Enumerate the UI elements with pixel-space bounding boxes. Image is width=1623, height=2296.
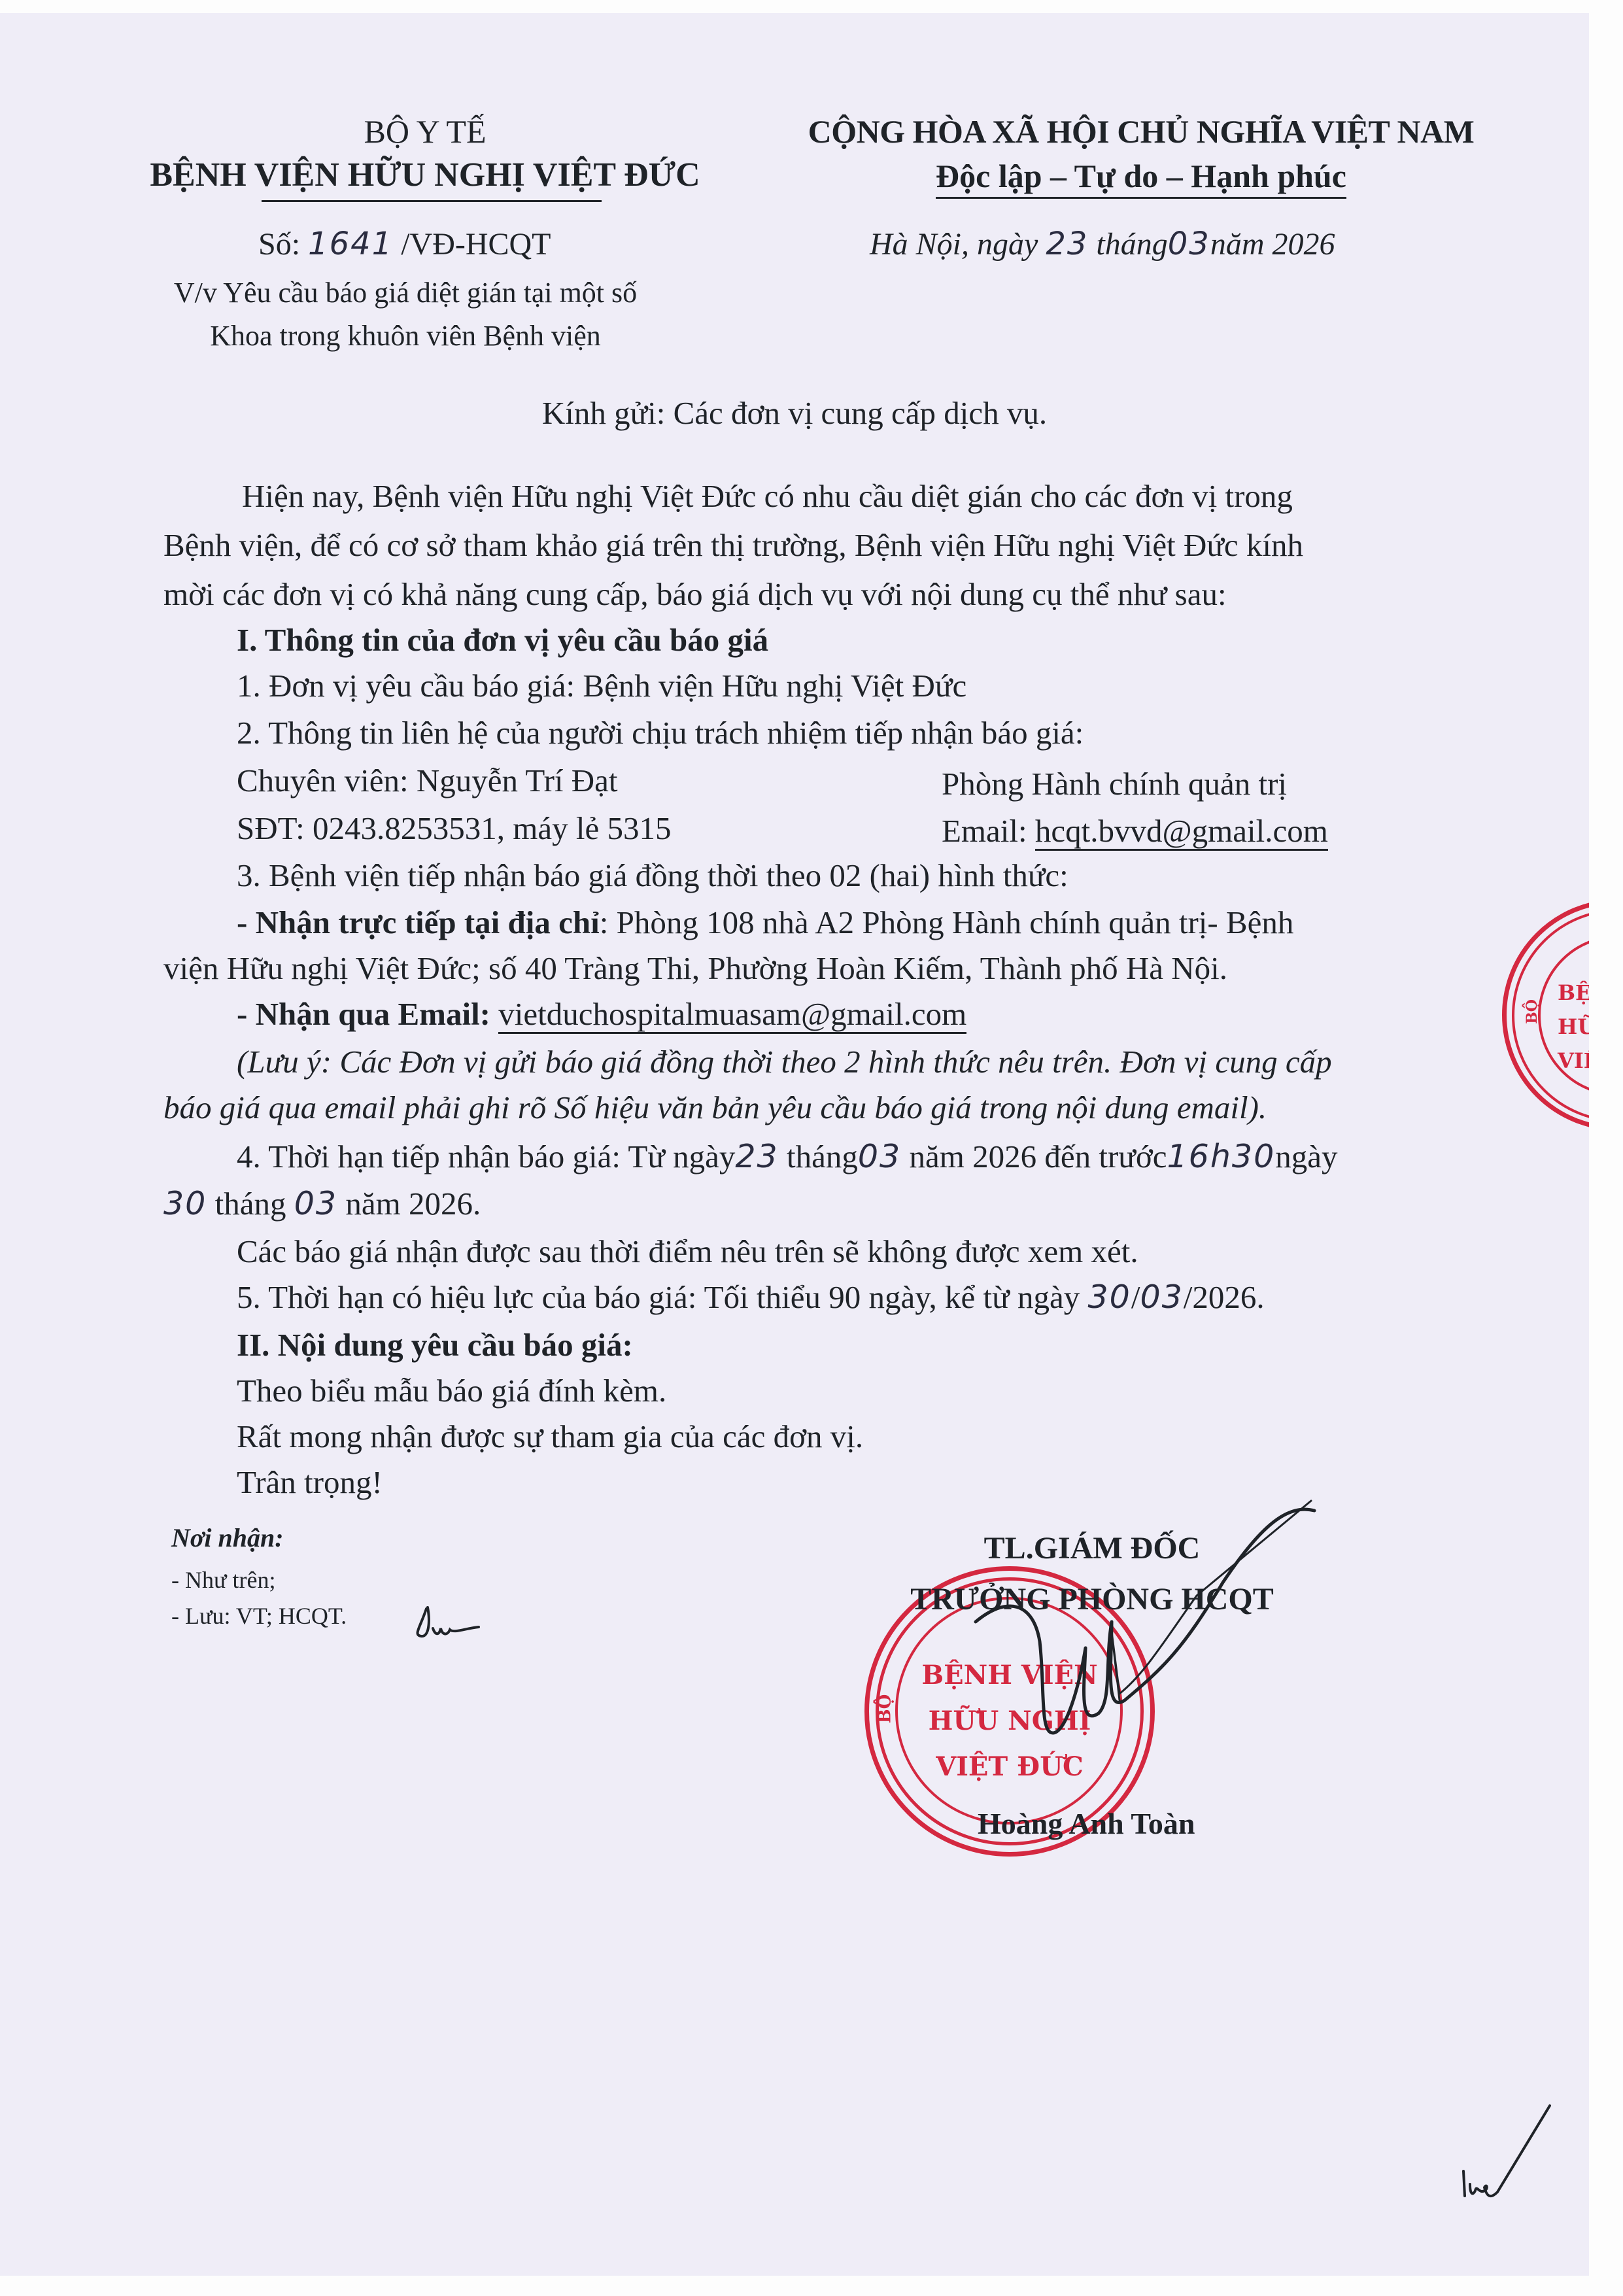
contact-name: Chuyên viên: Nguyễn Trí Đạt: [237, 762, 618, 799]
contact-phone: SĐT: 0243.8253531, máy lẻ 5315: [237, 810, 671, 847]
document-number: Số: 1641 /VĐ-HCQT: [258, 226, 551, 262]
email-submission: - Nhận qua Email: vietduchospitalmuasam@…: [237, 995, 966, 1033]
partial-stamp-line-1: BỆN: [1558, 976, 1589, 1010]
section-2-line-1: Theo biểu mẫu báo giá đính kèm.: [237, 1372, 666, 1409]
note-line-2: báo giá qua email phải ghi rõ Số hiệu vă…: [163, 1089, 1267, 1126]
subject-line-1: V/v Yêu cầu báo giá diệt gián tại một số: [111, 271, 700, 315]
place-date-prefix: Hà Nội, ngày: [870, 227, 1038, 262]
place-date: Hà Nội, ngày 23 tháng03năm 2026: [870, 226, 1335, 262]
item5-text: 5. Thời hạn có hiệu lực của báo giá: Tối…: [237, 1279, 1080, 1315]
section-1-item-4-cont: 30 tháng 03 năm 2026.: [163, 1185, 481, 1222]
direct-submission: - Nhận trực tiếp tại địa chỉ: Phòng 108 …: [237, 904, 1293, 941]
recipient-item: - Lưu: VT; HCQT.: [171, 1602, 347, 1630]
recipients-label: Nơi nhận:: [171, 1522, 284, 1553]
item4-text-c: năm 2026 đến trước: [909, 1139, 1167, 1174]
partial-stamp-line-3: VIỆ: [1558, 1044, 1589, 1078]
section-1-item-4: 4. Thời hạn tiếp nhận báo giá: Từ ngày23…: [237, 1138, 1338, 1175]
closing: Trân trọng!: [237, 1464, 383, 1501]
section-2-heading: II. Nội dung yêu cầu báo giá:: [237, 1326, 633, 1363]
partial-stamp: BỆN HỮ VIỆ BỘ: [1494, 899, 1589, 1128]
item4-text-b: tháng: [787, 1139, 858, 1174]
item5-day: 30: [1087, 1278, 1131, 1316]
item5-sep: /: [1131, 1279, 1140, 1315]
email-submission-label: - Nhận qua Email:: [237, 996, 490, 1032]
late-notice: Các báo giá nhận được sau thời điểm nêu …: [237, 1233, 1138, 1270]
motto-text: Độc lập – Tự do – Hạnh phúc: [936, 158, 1346, 199]
stamp-side-text: BỘ: [875, 1694, 895, 1724]
date-year: năm 2026: [1210, 227, 1335, 262]
ministry-name: BỘ Y TẾ: [98, 112, 752, 150]
item5-month: 03: [1140, 1278, 1183, 1316]
direct-submission-label: - Nhận trực tiếp tại địa chỉ: [237, 904, 600, 940]
number-prefix: Số:: [258, 227, 300, 262]
item4-to-month: 03: [294, 1185, 337, 1222]
item4-to-day: 30: [163, 1185, 207, 1222]
item4-text-e: tháng: [215, 1186, 286, 1222]
direct-submission-address: viện Hữu nghị Việt Đức; số 40 Tràng Thi,…: [163, 950, 1227, 987]
item4-time: 16h30: [1167, 1138, 1275, 1175]
contact-department: Phòng Hành chính quản trị: [942, 765, 1287, 802]
page-initial-signature-icon: [1458, 2099, 1556, 2204]
number-suffix: /VĐ-HCQT: [401, 227, 551, 262]
subject: V/v Yêu cầu báo giá diệt gián tại một số…: [111, 271, 700, 358]
hospital-underline: [262, 200, 602, 202]
contact-email-label: Email:: [942, 813, 1027, 849]
direct-submission-text: : Phòng 108 nhà A2 Phòng Hành chính quản…: [600, 904, 1294, 940]
section-1-heading: I. Thông tin của đơn vị yêu cầu báo giá: [237, 621, 768, 659]
subject-line-2: Khoa trong khuôn viên Bệnh viện: [111, 315, 700, 358]
date-month: 03: [1168, 226, 1210, 262]
section-1-item-5: 5. Thời hạn có hiệu lực của báo giá: Tối…: [237, 1278, 1265, 1316]
hospital-name: BỆNH VIỆN HỮU NGHỊ VIỆT ĐỨC: [98, 156, 752, 194]
addressee: Kính gửi: Các đơn vị cung cấp dịch vụ.: [0, 394, 1589, 432]
hospital-name-text: BỆNH VIỆN HỮU NGHỊ VIỆT ĐỨC: [150, 156, 700, 194]
item4-text-a: 4. Thời hạn tiếp nhận báo giá: Từ ngày: [237, 1139, 735, 1174]
initials-signature-icon: [413, 1602, 485, 1641]
note-line-1: (Lưu ý: Các Đơn vị gửi báo giá đồng thời…: [237, 1043, 1332, 1080]
section-2-line-2: Rất mong nhận được sự tham gia của các đ…: [237, 1418, 863, 1455]
date-day: 23: [1046, 226, 1088, 262]
intro-line-2: Bệnh viện, để có cơ sở tham khảo giá trê…: [163, 526, 1303, 564]
number-handwritten: 1641: [308, 226, 393, 262]
intro-line-3: mời các đơn vị có khả năng cung cấp, báo…: [163, 575, 1227, 613]
signer-name: Hoàng Anh Toàn: [978, 1806, 1195, 1841]
director-signature-icon: [948, 1517, 1419, 1805]
section-1-item-3: 3. Bệnh viện tiếp nhận báo giá đồng thời…: [237, 857, 1068, 894]
contact-email-link[interactable]: hcqt.bvvd@gmail.com: [1035, 813, 1328, 851]
item4-text-d: ngày: [1275, 1139, 1337, 1174]
country-name: CỘNG HÒA XÃ HỘI CHỦ NGHĨA VIỆT NAM: [765, 112, 1517, 150]
section-1-item-2: 2. Thông tin liên hệ của người chịu trác…: [237, 714, 1084, 751]
intro-line-1: Hiện nay, Bệnh viện Hữu nghị Việt Đức có…: [242, 477, 1293, 515]
motto: Độc lập – Tự do – Hạnh phúc: [765, 157, 1517, 195]
email-submission-link[interactable]: vietduchospitalmuasam@gmail.com: [498, 996, 966, 1034]
item4-from-month: 03: [858, 1138, 901, 1175]
section-1-item-1: 1. Đơn vị yêu cầu báo giá: Bệnh viện Hữu…: [237, 667, 966, 704]
partial-stamp-side: BỘ: [1524, 999, 1541, 1024]
partial-stamp-line-2: HỮ: [1558, 1010, 1589, 1044]
contact-email: Email: hcqt.bvvd@gmail.com: [942, 812, 1328, 849]
item5-year: /2026.: [1184, 1279, 1265, 1315]
recipient-item: - Như trên;: [171, 1566, 275, 1594]
item4-text-f: năm 2026.: [345, 1186, 481, 1222]
date-month-label: tháng: [1096, 227, 1167, 262]
item4-from-day: 23: [735, 1138, 778, 1175]
